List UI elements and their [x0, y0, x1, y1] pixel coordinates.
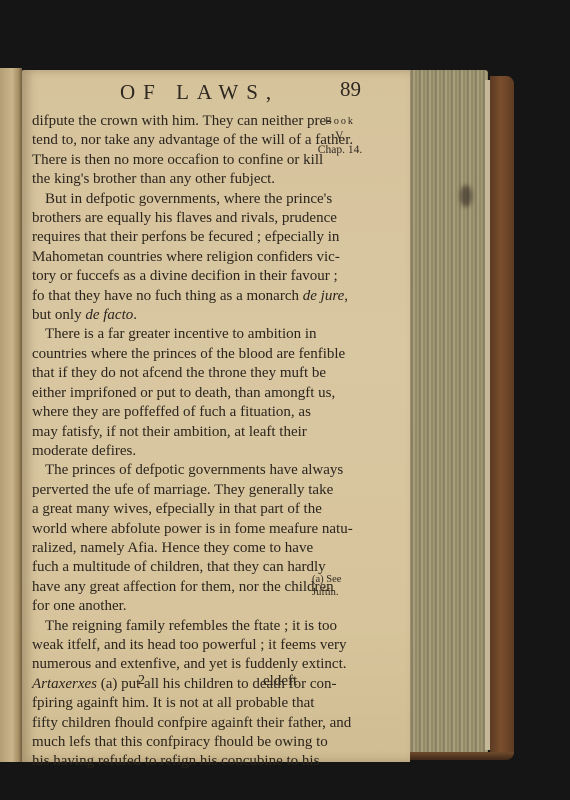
text-line: ralized, namely Afia. Hence they come to…	[32, 539, 300, 558]
facing-page-edge	[0, 68, 22, 762]
italic-phrase: Artaxerxes	[32, 676, 97, 692]
body-text: difpute the crown with him. They can nei…	[32, 112, 300, 772]
page-fore-edge	[408, 70, 488, 754]
text-line: The princes of defpotic governments have…	[32, 461, 300, 480]
text-line: world where abfolute power is in fome me…	[32, 520, 300, 539]
text-line: countries where the princes of the blood…	[32, 345, 300, 364]
text-line: where they are poffeffed of fuch a fitua…	[32, 403, 300, 422]
catchword: eldeft	[263, 673, 297, 690]
text-line: The reigning family refembles the ftate …	[32, 617, 300, 636]
text-line: But in defpotic governments, where the p…	[32, 190, 300, 209]
text-line: weak itfelf, and its head too powerful ;…	[32, 636, 300, 655]
fore-edge-stain	[460, 185, 472, 207]
text-line: either imprifoned or put to death, than …	[32, 384, 300, 403]
text-line: a great many wives, efpecially in that p…	[32, 500, 300, 519]
text-line: fuch a multitude of children, that they …	[32, 558, 300, 577]
signature-mark: 2	[138, 673, 145, 689]
text-line: fifty children fhould confpire againft t…	[32, 714, 300, 733]
text-line: There is then no more occafion to confin…	[32, 151, 300, 170]
text-line: Artaxerxes (a) put all his children to d…	[32, 675, 300, 694]
book-photograph: OF LAWS, 89 Book V. Chap. 14. (a) See Ju…	[0, 0, 570, 800]
running-head: OF LAWS,	[120, 80, 279, 105]
text-line: Mahometan countries where religion confi…	[32, 248, 300, 267]
text-line: perverted the ufe of marriage. They gene…	[32, 481, 300, 500]
text-line: fo that they have no fuch thing as a mon…	[32, 287, 300, 306]
text-line: for one another.	[32, 597, 300, 616]
italic-phrase: de jure	[303, 288, 345, 304]
page-number: 89	[340, 77, 361, 102]
text-line: brothers are equally his flaves and riva…	[32, 209, 300, 228]
text-line: difpute the crown with him. They can nei…	[32, 112, 300, 131]
text-line: fpiring againft him. It is not at all pr…	[32, 694, 300, 713]
text-line: requires that their perfons be fecured ;…	[32, 228, 300, 247]
text-line: There is a far greater incentive to ambi…	[32, 325, 300, 344]
text-line: tend to, nor take any advantage of the w…	[32, 131, 300, 150]
text-line: numerous and extenfive, and yet is fudde…	[32, 655, 300, 674]
italic-phrase: de facto	[85, 307, 133, 323]
text-line: may fatisfy, if not their ambition, at l…	[32, 423, 300, 442]
leather-cover	[490, 76, 514, 760]
text-line: moderate defires.	[32, 442, 300, 461]
text-line: but only de facto.	[32, 306, 300, 325]
leather-cover-bottom	[408, 752, 514, 760]
text-line: tory or fuccefs as a divine decifion in …	[32, 267, 300, 286]
text-line: his having refufed to refign his concubi…	[32, 752, 300, 771]
text-line: the king's brother than any other fubjec…	[32, 170, 300, 189]
text-line: that if they do not afcend the throne th…	[32, 364, 300, 383]
text-line: much lefs that this confpiracy fhould be…	[32, 733, 300, 752]
text-line: have any great affection for them, nor t…	[32, 578, 300, 597]
